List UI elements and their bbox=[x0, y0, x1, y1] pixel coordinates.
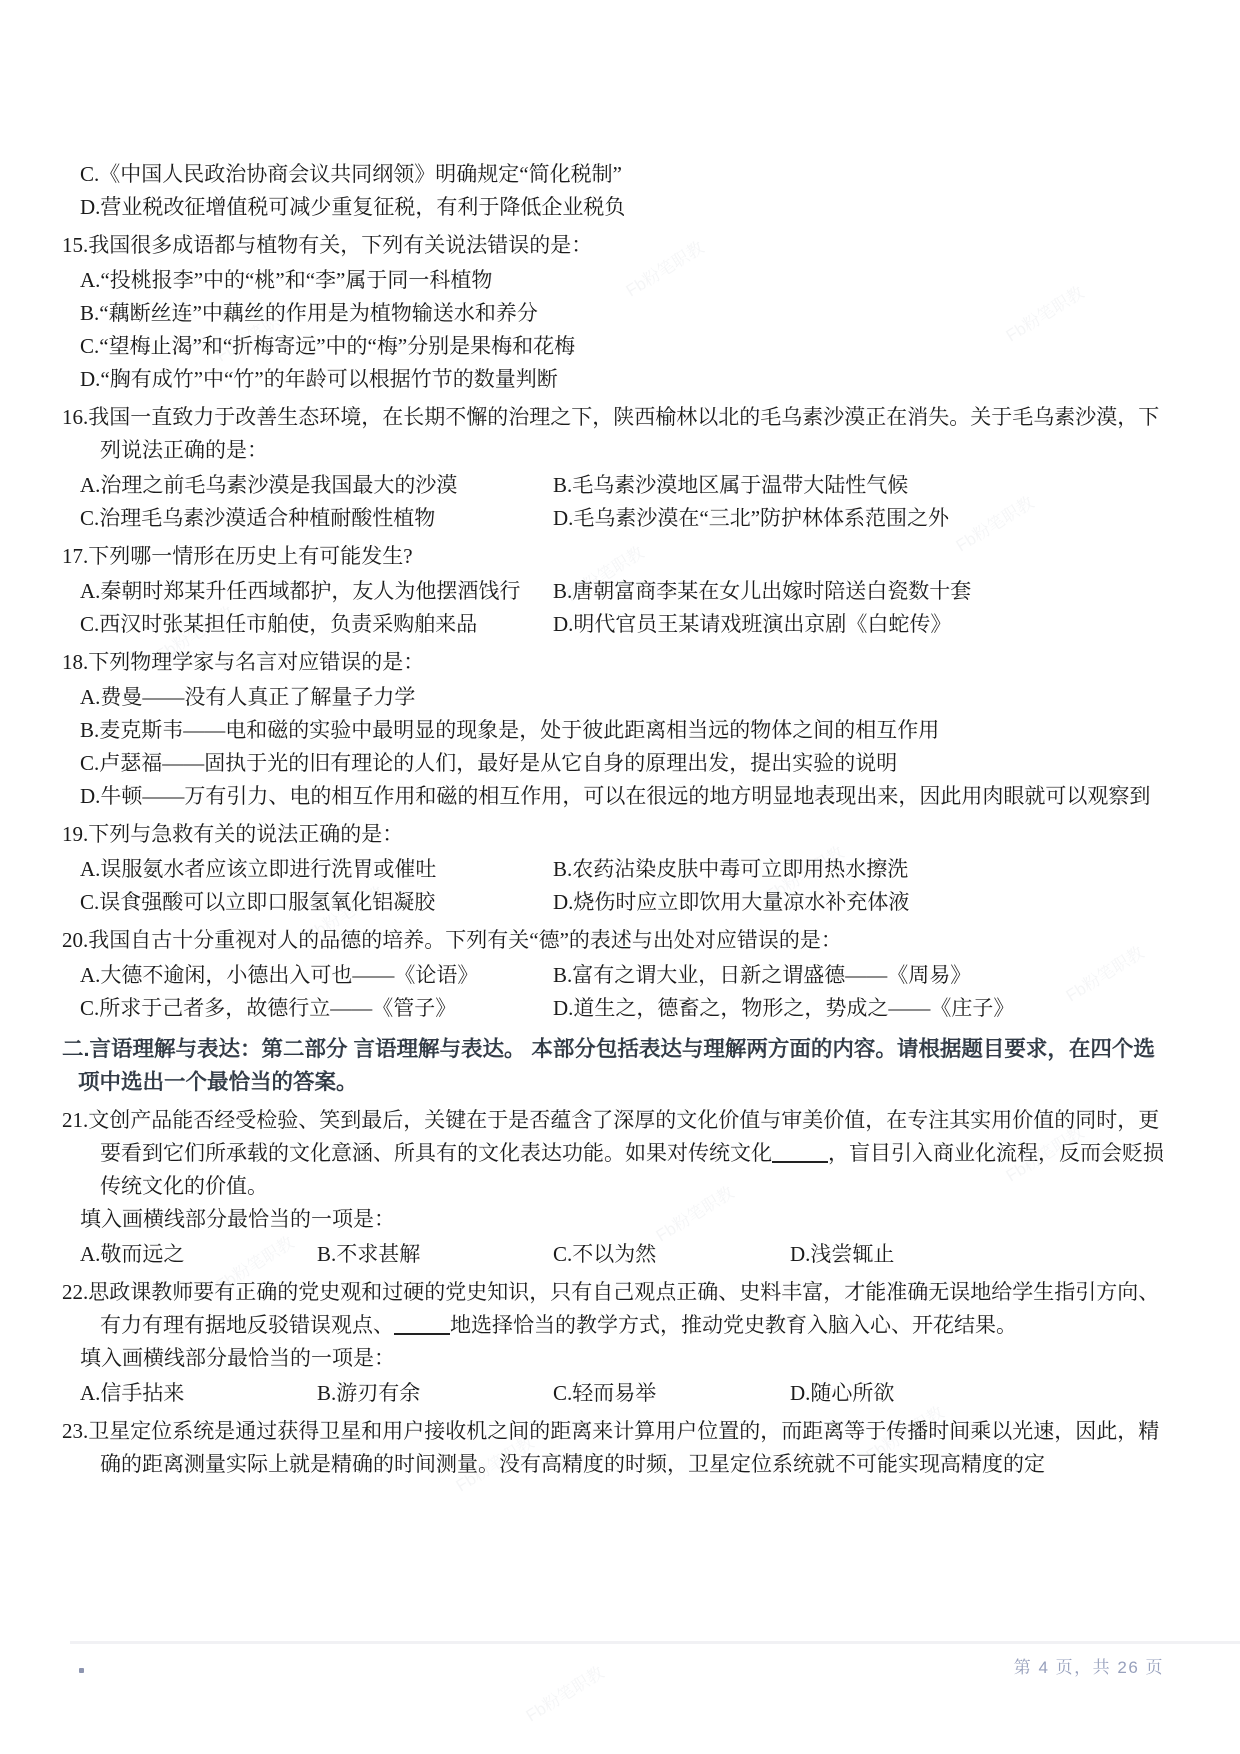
option-line: D.烧伤时应立即饮用大量凉水补充体液 bbox=[553, 886, 1166, 919]
question-stem: 20.我国自古十分重视对人的品德的培养。下列有关“德”的表述与出处对应错误的是： bbox=[62, 924, 1166, 957]
question-stem: 21.文创产品能否经受检验、笑到最后，关键在于是否蕴含了深厚的文化价值与审美价值… bbox=[62, 1104, 1166, 1203]
question-number: 19. bbox=[62, 822, 88, 846]
option-line: B.游刃有余 bbox=[317, 1377, 553, 1410]
page: { "document": { "watermark_text": "Fb粉笔职… bbox=[0, 0, 1240, 1754]
options-group: A.费曼——没有人真正了解量子力学B.麦克斯韦——电和磁的实验中最明显的现象是，… bbox=[62, 681, 1166, 813]
options-group: A.治理之前毛乌素沙漠是我国最大的沙漠B.毛乌素沙漠地区属于温带大陆性气候C.治… bbox=[62, 469, 1166, 535]
option-line: A.大德不逾闲，小德出入可也——《论语》 bbox=[80, 959, 553, 992]
options-group: C.《中国人民政治协商会议共同纲领》明确规定“简化税制”D.营业税改征增值税可减… bbox=[62, 158, 1166, 224]
question-number: 17. bbox=[62, 544, 88, 568]
option-line: B.富有之谓大业，日新之谓盛德——《周易》 bbox=[553, 959, 1166, 992]
question-stem: 22.思政课教师要有正确的党史观和过硬的党史知识，只有自己观点正确、史料丰富，才… bbox=[62, 1276, 1166, 1342]
question-number: 16. bbox=[62, 405, 88, 429]
question-stem: 16.我国一直致力于改善生态环境，在长期不懈的治理之下，陕西榆林以北的毛乌素沙漠… bbox=[62, 401, 1166, 467]
options-group: A.“投桃报李”中的“桃”和“李”属于同一科植物B.“藕断丝连”中藕丝的作用是为… bbox=[62, 264, 1166, 396]
option-line: B.毛乌素沙漠地区属于温带大陆性气候 bbox=[553, 469, 1166, 502]
question-stem: 23.卫星定位系统是通过获得卫星和用户接收机之间的距离来计算用户位置的，而距离等… bbox=[62, 1415, 1166, 1481]
option-line: A.信手拈来 bbox=[80, 1377, 317, 1410]
footer-divider bbox=[70, 1641, 1240, 1644]
question-stem: 15.我国很多成语都与植物有关，下列有关说法错误的是： bbox=[62, 229, 1166, 262]
section-number: 二. bbox=[62, 1037, 89, 1061]
option-line: C.轻而易举 bbox=[553, 1377, 790, 1410]
option-line: C.所求于己者多，故德行立——《管子》 bbox=[80, 992, 553, 1025]
option-line: D.随心所欲 bbox=[790, 1377, 1166, 1410]
option-line: C.不以为然 bbox=[553, 1238, 790, 1271]
option-line: D.营业税改征增值税可减少重复征税，有利于降低企业税负 bbox=[80, 191, 1166, 224]
option-line: A.敬而远之 bbox=[80, 1238, 317, 1271]
question-number: 18. bbox=[62, 650, 88, 674]
question-number: 23. bbox=[62, 1419, 88, 1443]
question-number: 15. bbox=[62, 233, 88, 257]
option-line: D.明代官员王某请戏班演出京剧《白蛇传》 bbox=[553, 608, 1166, 641]
option-line: D.道生之，德畜之，物形之，势成之——《庄子》 bbox=[553, 992, 1166, 1025]
option-line: B.唐朝富商李某在女儿出嫁时陪送白瓷数十套 bbox=[553, 575, 1166, 608]
options-group: A.信手拈来B.游刃有余C.轻而易举D.随心所欲 bbox=[62, 1377, 1166, 1410]
footer-dot bbox=[79, 1668, 84, 1673]
question-stem: 17.下列哪一情形在历史上有可能发生? bbox=[62, 540, 1166, 573]
option-line: C.《中国人民政治协商会议共同纲领》明确规定“简化税制” bbox=[80, 158, 1166, 191]
option-line: C.误食强酸可以立即口服氢氧化铝凝胶 bbox=[80, 886, 553, 919]
option-line: D.牛顿——万有引力、电的相互作用和磁的相互作用，可以在很远的地方明显地表现出来… bbox=[80, 780, 1166, 813]
options-group: A.误服氨水者应该立即进行洗胃或催吐B.农药沾染皮肤中毒可立即用热水擦洗C.误食… bbox=[62, 853, 1166, 919]
question-number: 20. bbox=[62, 928, 88, 952]
option-line: C.治理毛乌素沙漠适合种植耐酸性植物 bbox=[80, 502, 553, 535]
question-stem: 18.下列物理学家与名言对应错误的是： bbox=[62, 646, 1166, 679]
question-number: 21. bbox=[62, 1108, 88, 1132]
fill-in-prompt: 填入画横线部分最恰当的一项是： bbox=[62, 1203, 1166, 1236]
option-line: B.农药沾染皮肤中毒可立即用热水擦洗 bbox=[553, 853, 1166, 886]
question-stem: 19.下列与急救有关的说法正确的是： bbox=[62, 818, 1166, 851]
option-line: D.毛乌素沙漠在“三北”防护林体系范围之外 bbox=[553, 502, 1166, 535]
options-group: A.敬而远之B.不求甚解C.不以为然D.浅尝辄止 bbox=[62, 1238, 1166, 1271]
option-line: B.麦克斯韦——电和磁的实验中最明显的现象是，处于彼此距离相当远的物体之间的相互… bbox=[80, 714, 1166, 747]
option-line: D.浅尝辄止 bbox=[790, 1238, 1166, 1271]
option-line: B.不求甚解 bbox=[317, 1238, 553, 1271]
option-line: B.“藕断丝连”中藕丝的作用是为植物输送水和养分 bbox=[80, 297, 1166, 330]
section-heading: 二.言语理解与表达：第二部分 言语理解与表达。 本部分包括表达与理解两方面的内容… bbox=[62, 1033, 1166, 1099]
fill-in-blank bbox=[772, 1143, 828, 1163]
document-body: C.《中国人民政治协商会议共同纲领》明确规定“简化税制”D.营业税改征增值税可减… bbox=[62, 156, 1166, 1481]
option-line: A.误服氨水者应该立即进行洗胃或催吐 bbox=[80, 853, 553, 886]
options-group: A.大德不逾闲，小德出入可也——《论语》B.富有之谓大业，日新之谓盛德——《周易… bbox=[62, 959, 1166, 1025]
options-group: A.秦朝时郑某升任西域都护，友人为他摆酒饯行B.唐朝富商李某在女儿出嫁时陪送白瓷… bbox=[62, 575, 1166, 641]
option-line: A.秦朝时郑某升任西域都护，友人为他摆酒饯行 bbox=[80, 575, 553, 608]
option-line: C.卢瑟福——固执于光的旧有理论的人们，最好是从它自身的原理出发，提出实验的说明 bbox=[80, 747, 1166, 780]
option-line: C.西汉时张某担任市舶使，负责采购舶来品 bbox=[80, 608, 553, 641]
option-line: C.“望梅止渴”和“折梅寄远”中的“梅”分别是果梅和花梅 bbox=[80, 330, 1166, 363]
option-line: A.“投桃报李”中的“桃”和“李”属于同一科植物 bbox=[80, 264, 1166, 297]
fill-in-blank bbox=[394, 1315, 450, 1335]
option-line: A.治理之前毛乌素沙漠是我国最大的沙漠 bbox=[80, 469, 553, 502]
question-number: 22. bbox=[62, 1280, 88, 1304]
page-indicator: 第 4 页，共 26 页 bbox=[1014, 1653, 1164, 1678]
fill-in-prompt: 填入画横线部分最恰当的一项是： bbox=[62, 1342, 1166, 1375]
option-line: D.“胸有成竹”中“竹”的年龄可以根据竹节的数量判断 bbox=[80, 363, 1166, 396]
watermark-text: Fb粉笔职教 bbox=[520, 1659, 608, 1727]
option-line: A.费曼——没有人真正了解量子力学 bbox=[80, 681, 1166, 714]
